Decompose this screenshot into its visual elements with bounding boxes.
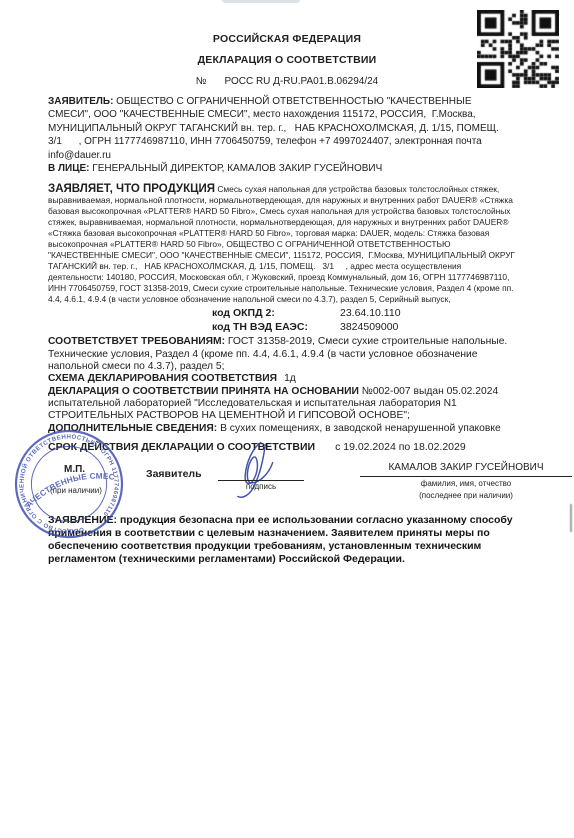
validity-period-row: СРОК ДЕЙСТВИЯ ДЕКЛАРАЦИИ О СООТВЕТСТВИИс… xyxy=(48,441,553,454)
okpd-code-value: 23.64.10.110 xyxy=(340,307,401,319)
in-person-label: В ЛИЦЕ: xyxy=(48,163,90,174)
declares-label: ЗАЯВЛЯЕТ, ЧТО ПРОДУКЦИЯ xyxy=(48,183,215,195)
okpd-code-row: код ОКПД 2:23.64.10.110 xyxy=(212,307,553,321)
signatory-name-field: КАМАЛОВ ЗАКИР ГУСЕЙНОВИЧ фамилия, имя, о… xyxy=(360,458,572,501)
classification-codes: код ОКПД 2:23.64.10.110 код ТН ВЭД ЕАЭС:… xyxy=(48,307,553,334)
applicant-label: ЗАЯВИТЕЛЬ: xyxy=(48,96,113,107)
signatory-name-caption-1: фамилия, имя, отчество xyxy=(360,479,572,489)
signature-applicant-label: Заявитель xyxy=(146,468,202,480)
declaration-document-page: РОССИЙСКАЯ ФЕДЕРАЦИЯ ДЕКЛАРАЦИЯ О СООТВЕ… xyxy=(0,0,574,838)
country-title: РОССИЙСКАЯ ФЕДЕРАЦИЯ xyxy=(0,33,574,45)
product-description-text: Смесь сухая напольная для устройства баз… xyxy=(48,184,515,304)
signature-line xyxy=(218,458,304,481)
number-sign: № xyxy=(196,76,207,87)
signatory-name-line xyxy=(360,473,572,477)
in-person-text: ГЕНЕРАЛЬНЫЙ ДИРЕКТОР, КАМАЛОВ ЗАКИР ГУСЕ… xyxy=(90,163,383,174)
declaration-scheme-label: СХЕМА ДЕКЛАРИРОВАНИЯ СООТВЕТСТВИЯ xyxy=(48,373,277,384)
declaration-basis-paragraph: ДЕКЛАРАЦИЯ О СООТВЕТСТВИИ ПРИНЯТА НА ОСН… xyxy=(48,386,553,423)
declaration-basis-label: ДЕКЛАРАЦИЯ О СООТВЕТСТВИИ ПРИНЯТА НА ОСН… xyxy=(48,386,359,397)
registration-number: РОСС RU Д-RU.РА01.В.06294/24 xyxy=(225,76,379,87)
applicant-paragraph: ЗАЯВИТЕЛЬ: ОБЩЕСТВО С ОГРАНИЧЕННОЙ ОТВЕТ… xyxy=(48,95,553,162)
in-person-paragraph: В ЛИЦЕ: ГЕНЕРАЛЬНЫЙ ДИРЕКТОР, КАМАЛОВ ЗА… xyxy=(48,162,553,175)
additional-info-text: В сухих помещениях, в заводской ненаруше… xyxy=(217,423,501,434)
signatory-name: КАМАЛОВ ЗАКИР ГУСЕЙНОВИЧ xyxy=(360,458,572,473)
document-title: ДЕКЛАРАЦИЯ О СООТВЕТСТВИИ xyxy=(0,54,574,66)
tnved-code-row: код ТН ВЭД ЕАЭС:3824509000 xyxy=(212,321,553,335)
validity-period-value: с 19.02.2024 по 18.02.2029 xyxy=(335,441,466,453)
declaration-scheme-value: 1д xyxy=(284,373,296,384)
product-declaration-paragraph: ЗАЯВЛЯЕТ, ЧТО ПРОДУКЦИЯ Смесь сухая напо… xyxy=(48,184,553,305)
scan-artifact-right xyxy=(570,504,572,532)
tnved-code-value: 3824509000 xyxy=(340,321,398,333)
signature-field: подпись xyxy=(218,458,304,491)
okpd-code-label: код ОКПД 2: xyxy=(212,307,340,321)
signatory-name-caption-2: (последнее при наличии) xyxy=(360,491,572,501)
applicant-text: ОБЩЕСТВО С ОГРАНИЧЕННОЙ ОТВЕТСТВЕННОСТЬЮ… xyxy=(48,96,499,161)
conformity-requirements-label: СООТВЕТСТВУЕТ ТРЕБОВАНИЯМ: xyxy=(48,336,225,347)
tnved-code-label: код ТН ВЭД ЕАЭС: xyxy=(212,321,340,335)
registration-number-line: №РОСС RU Д-RU.РА01.В.06294/24 xyxy=(0,76,574,87)
signature-caption: подпись xyxy=(218,482,304,491)
additional-info-paragraph: ДОПОЛНИТЕЛЬНЫЕ СВЕДЕНИЯ: В сухих помещен… xyxy=(48,423,553,435)
declaration-scheme-row: СХЕМА ДЕКЛАРИРОВАНИЯ СООТВЕТСТВИЯ1д xyxy=(48,373,553,385)
conformity-requirements-paragraph: СООТВЕТСТВУЕТ ТРЕБОВАНИЯМ: ГОСТ 31358-20… xyxy=(48,336,553,373)
document-header: РОССИЙСКАЯ ФЕДЕРАЦИЯ ДЕКЛАРАЦИЯ О СООТВЕ… xyxy=(0,33,574,87)
scan-artifact-top xyxy=(222,0,300,3)
